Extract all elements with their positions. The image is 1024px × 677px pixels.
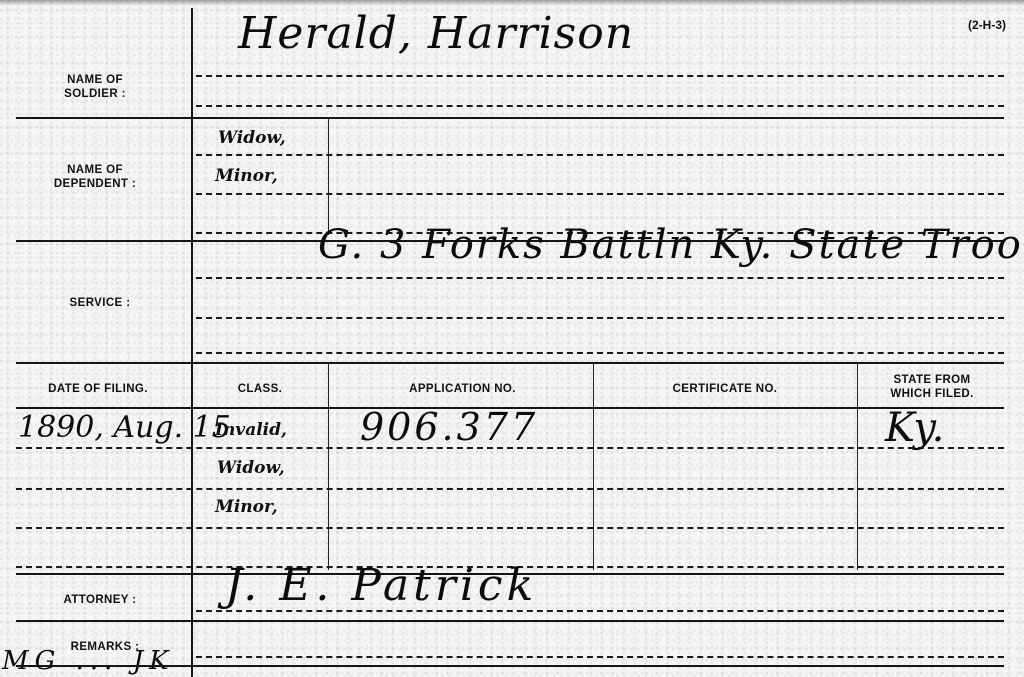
filing-class-minor: Minor, bbox=[215, 497, 278, 517]
dashed-rule bbox=[196, 154, 1004, 156]
filing-class-invalid: Invalid, bbox=[215, 420, 287, 440]
name-of-dependent-label: NAME OF DEPENDENT : bbox=[30, 163, 160, 191]
soldier-name-entry: Herald, Harrison bbox=[238, 8, 634, 59]
date-of-filing-header: DATE OF FILING. bbox=[18, 382, 178, 396]
column-divider bbox=[593, 364, 594, 570]
certificate-no-header: CERTIFICATE NO. bbox=[600, 382, 850, 396]
header-line: STATE FROM bbox=[862, 373, 1002, 387]
section-rule bbox=[16, 620, 1004, 622]
filing-class-widow: Widow, bbox=[217, 458, 285, 478]
label-line: NAME OF bbox=[30, 163, 160, 177]
section-rule bbox=[16, 665, 1004, 667]
label-line: DEPENDENT : bbox=[30, 177, 160, 191]
section-rule bbox=[16, 117, 1004, 119]
service-entry: G. 3 Forks Battln Ky. State Troops bbox=[318, 222, 1024, 268]
dashed-rule bbox=[16, 488, 1004, 490]
label-line: NAME OF bbox=[40, 73, 150, 87]
dependent-class-divider bbox=[328, 119, 329, 235]
scan-edge-shadow bbox=[0, 0, 1024, 6]
state-from-which-filed-header: STATE FROM WHICH FILED. bbox=[862, 373, 1002, 401]
label-column-divider bbox=[191, 8, 193, 677]
column-divider bbox=[328, 364, 329, 570]
section-rule bbox=[16, 362, 1004, 364]
header-line: WHICH FILED. bbox=[862, 387, 1002, 401]
column-divider bbox=[857, 364, 858, 570]
dashed-rule bbox=[16, 527, 1004, 529]
attorney-label: ATTORNEY : bbox=[40, 593, 160, 607]
dashed-rule bbox=[196, 317, 1004, 319]
dashed-rule bbox=[16, 447, 1004, 449]
dashed-rule bbox=[196, 75, 1004, 77]
attorney-entry: J. E. Patrick bbox=[225, 560, 537, 611]
service-label: SERVICE : bbox=[50, 296, 150, 310]
label-line: SOLDIER : bbox=[40, 87, 150, 101]
dashed-rule bbox=[196, 105, 1004, 107]
date-of-filing-entry: 1890, Aug. 15 bbox=[18, 410, 231, 445]
dependent-class-minor: Minor, bbox=[215, 166, 278, 186]
application-no-header: APPLICATION NO. bbox=[335, 382, 590, 396]
application-no-entry: 906.377 bbox=[360, 405, 538, 449]
form-number: (2-H-3) bbox=[968, 18, 1006, 32]
name-of-soldier-label: NAME OF SOLDIER : bbox=[40, 73, 150, 101]
class-header: CLASS. bbox=[200, 382, 320, 396]
dashed-rule bbox=[196, 656, 1004, 658]
dashed-rule bbox=[196, 193, 1004, 195]
dashed-rule bbox=[196, 277, 1004, 279]
dependent-class-widow: Widow, bbox=[218, 128, 286, 148]
state-from-which-filed-entry: Ky. bbox=[885, 405, 945, 451]
dashed-rule bbox=[196, 610, 1004, 612]
dashed-rule bbox=[196, 352, 1004, 354]
remarks-margin-note: MG ... JK bbox=[2, 646, 175, 676]
